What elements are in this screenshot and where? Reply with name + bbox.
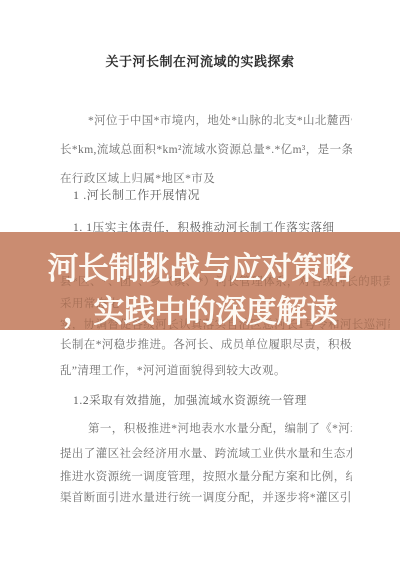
section-heading-1: 1 .河长制工作开展情况 xyxy=(73,186,373,203)
intro-paragraph-line-3: 在行政区域上归属*地区*市及 xyxy=(60,170,352,186)
paragraph-3-line-4: 渠首断面引进水量进行统一调度分配，并逐步将*灌区引水量纳入流域水量统一调 xyxy=(60,489,352,505)
paragraph-3-line-3: 推进水资源统一调度管理，按照水量分配方案和比例，结合灌区种植结构，对*河 xyxy=(60,468,352,484)
paragraph-3-line-1: 第一，积极推进*河地表水水量分配，编制了《*河地表水水量分配方案》， xyxy=(88,420,352,436)
banner-title-line-1: 河长制挑战与应对策略 xyxy=(0,243,400,288)
banner-title-line-2: ，实践中的深度解读 xyxy=(0,286,400,330)
paragraph-2-line-2: 乱”清理工作，*河河道面貌得到较大改观。 xyxy=(60,362,352,378)
document-page: 关于河长制在河流域的实践探索 *河位于中国*市境内，地处*山脉的北支*山北麓西侧… xyxy=(0,0,400,565)
intro-paragraph-line-2: 长*km,流域总面积*km²流域水资源总量*.*亿m³，是一条跨*、*方的河流， xyxy=(60,141,352,157)
caption-banner: 县*区、*、团*、乡（镇、*）河长管理体系，对各级河长的职责进行明确。 采用常态… xyxy=(0,232,400,330)
intro-paragraph-line-1: *河位于中国*市境内，地处*山脉的北支*山北麓西侧，北望*盆地。干流全 xyxy=(88,112,352,128)
paragraph-2-line-1: 长制在*河稳步推进。各河长、成员单位履职尽责，积极推进*河采砂整治、“四 xyxy=(60,336,352,352)
document-title: 关于河长制在河流域的实践探索 xyxy=(0,51,400,70)
paragraph-3-line-2: 提出了灌区社会经济用水量、跨流域工业供水量和生态水量等指标。第二，积极 xyxy=(60,445,352,461)
section-heading-1-2: 1.2采取有效措施，加强流域水资源统一管理 xyxy=(73,392,373,408)
